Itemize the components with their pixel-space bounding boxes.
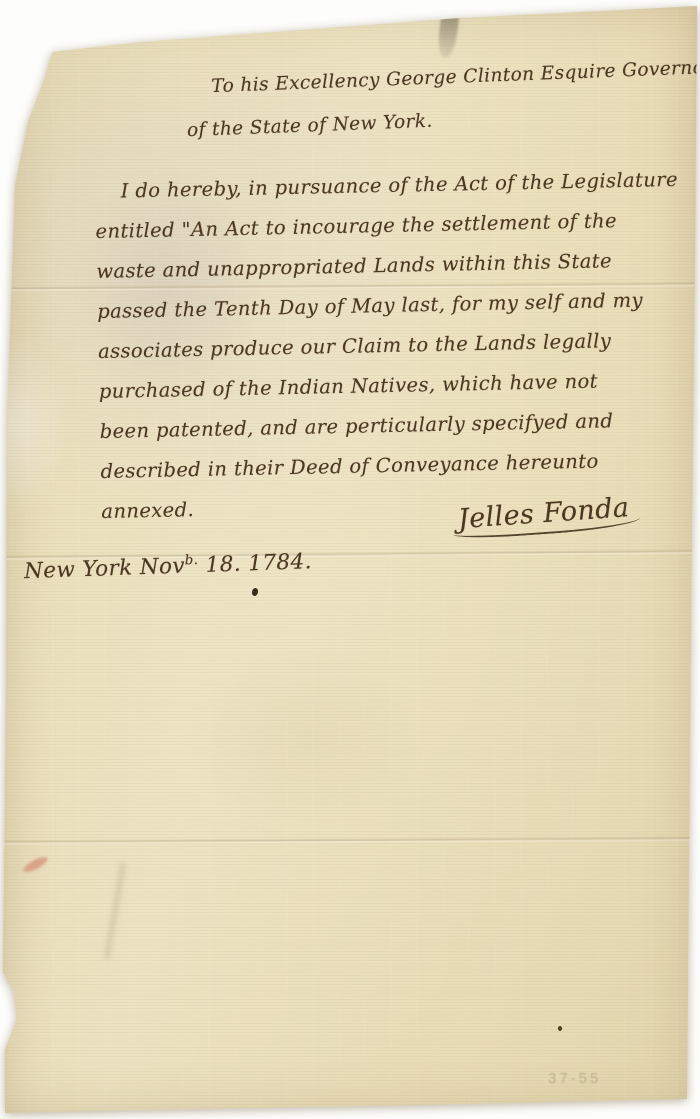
ink-dot [558, 1026, 562, 1031]
dateline: New York Novb. 18. 1784. [24, 549, 313, 584]
scanned-document: To his Excellency George Clinton Esquire… [0, 0, 700, 1119]
paper-shadow-wrap: To his Excellency George Clinton Esquire… [0, 0, 700, 1119]
fold-crease-bottom [0, 836, 700, 845]
letter-body: I do hereby, in pursuance of the Act of … [94, 160, 676, 532]
dateline-superscript: b. [184, 553, 198, 568]
catalog-mark: 37-55 [548, 1070, 601, 1087]
red-stain-lower-left [21, 854, 49, 875]
pencil-streak [104, 862, 127, 960]
dateline-date: 18. 1784. [198, 549, 312, 578]
manuscript-paper: To his Excellency George Clinton Esquire… [0, 0, 700, 1119]
red-stain-upper-left [9, 92, 23, 127]
ink-blot [251, 587, 259, 597]
ink-smudge-top-edge [436, 0, 462, 59]
salutation: To his Excellency George Clinton Esquire… [185, 46, 700, 152]
dateline-text: New York Nov [24, 554, 186, 585]
